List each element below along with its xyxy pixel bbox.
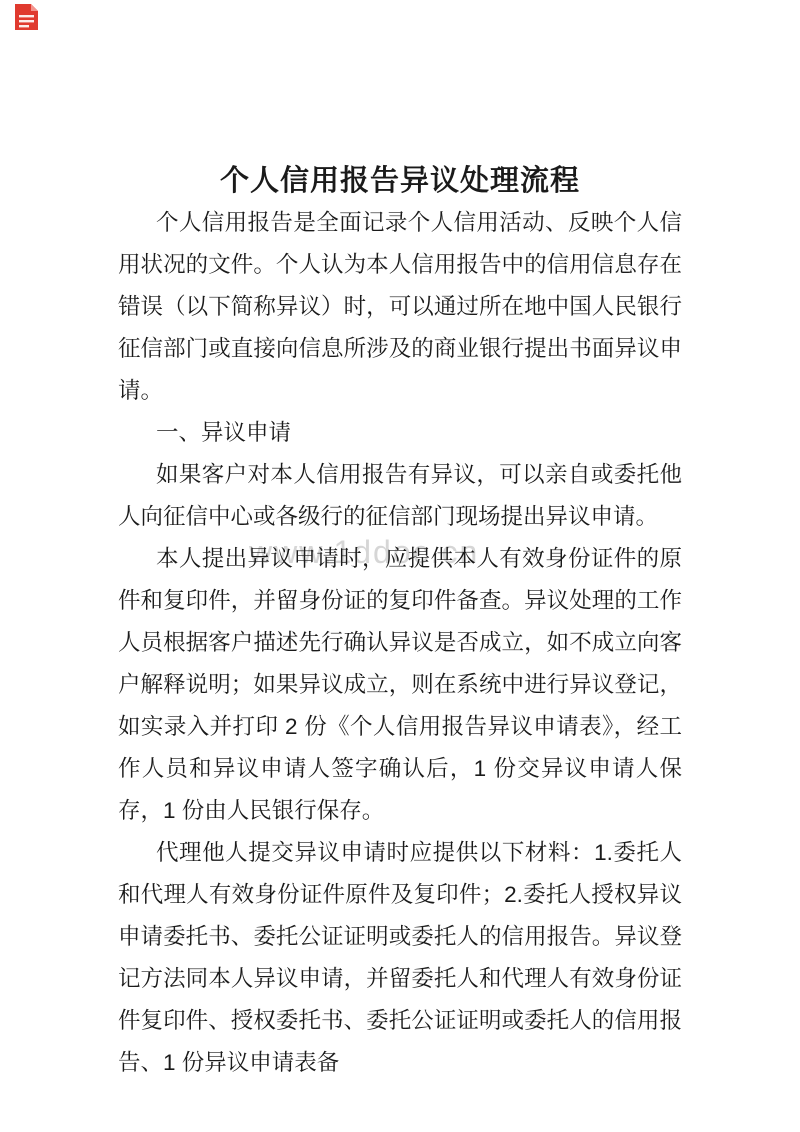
section-heading: 一、异议申请: [118, 412, 682, 454]
red-document-icon: [13, 2, 40, 32]
paragraph: 如果客户对本人信用报告有异议，可以亲自或委托他人向征信中心或各级行的征信部门现场…: [118, 454, 682, 538]
document-page: www.1ddoc.cn 个人信用报告异议处理流程 个人信用报告是全面记录个人信…: [0, 0, 800, 1132]
paragraph: 个人信用报告是全面记录个人信用活动、反映个人信用状况的文件。个人认为本人信用报告…: [118, 202, 682, 412]
document-body: 个人信用报告是全面记录个人信用活动、反映个人信用状况的文件。个人认为本人信用报告…: [118, 202, 682, 1084]
paragraph: 本人提出异议申请时，应提供本人有效身份证件的原件和复印件，并留身份证的复印件备查…: [118, 538, 682, 832]
paragraph: 代理他人提交异议申请时应提供以下材料：1.委托人和代理人有效身份证件原件及复印件…: [118, 832, 682, 1084]
page-title: 个人信用报告异议处理流程: [0, 158, 800, 199]
